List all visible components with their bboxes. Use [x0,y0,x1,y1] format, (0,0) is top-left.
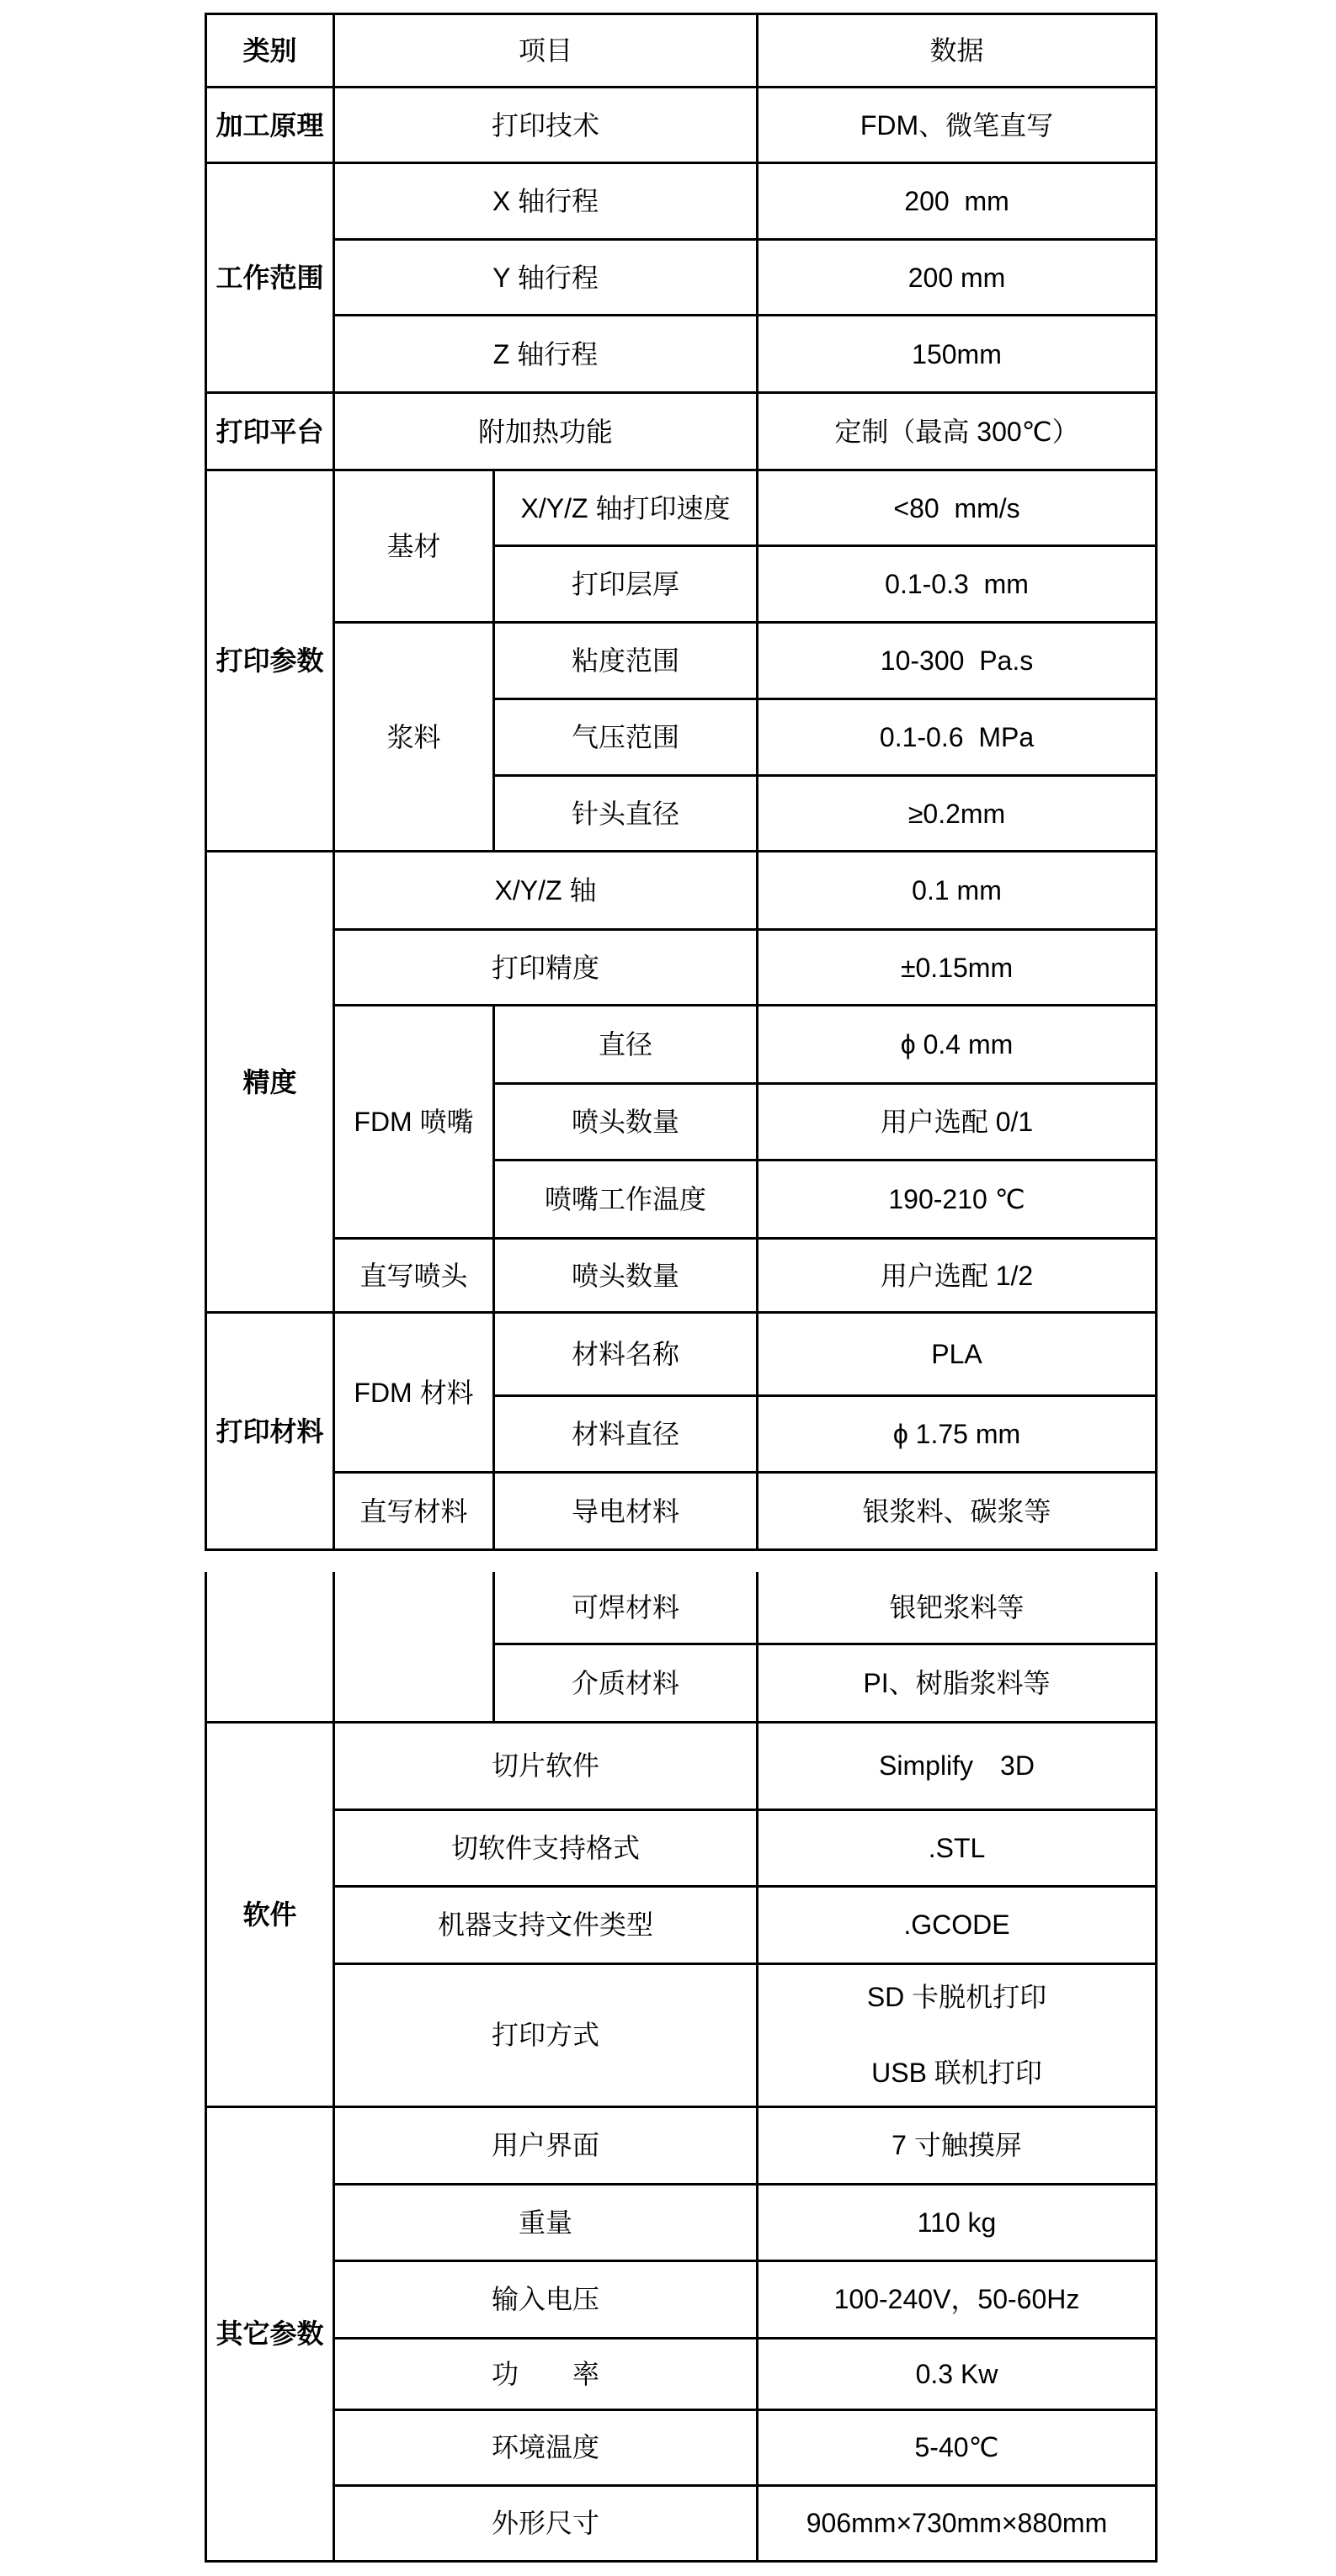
value-cell-machine-file-type: .GCODE [758,1886,1157,1963]
item-cell-xyz-print-speed: X/Y/Z 轴打印速度 [494,470,758,546]
print-mode-line-sd: SD 卡脱机打印 [867,1980,1046,2014]
value-cell-pressure-range: 0.1-0.6 MPa [758,699,1157,776]
subcategory-cell-paste: 浆料 [334,623,494,852]
value-cell-xyz-axis: 0.1 mm [758,852,1157,930]
value-cell-z-axis-travel: 150mm [758,316,1157,393]
value-cell-material-diameter: ϕ 1.75 mm [758,1396,1157,1473]
value-cell-nozzle-diameter: ϕ 0.4 mm [758,1006,1157,1084]
item-cell-material-diameter: 材料直径 [494,1396,758,1473]
item-cell-user-interface: 用户界面 [334,2106,758,2184]
item-cell-machine-file-type: 机器支持文件类型 [334,1886,758,1963]
category-cell-print-materials: 打印材料 [206,1313,334,1550]
item-cell-nozzle-count-dw: 喷头数量 [494,1239,758,1313]
value-cell-slicing-software: Simplify 3D [758,1722,1157,1809]
value-cell-power: 0.3 Kw [758,2338,1157,2409]
spec-sheet-page: 类别 项目 数据 加工原理 打印技术 FDM、微笔直写 工作范围 X 轴行程 2… [0,0,1336,2576]
value-cell-print-accuracy: ±0.15mm [758,930,1157,1006]
category-cell-print-params: 打印参数 [206,470,334,852]
item-cell-dielectric-material: 介质材料 [494,1644,758,1722]
item-cell-y-axis-travel: Y 轴行程 [334,240,758,316]
item-cell-weight: 重量 [334,2184,758,2260]
value-cell-slicer-format: .STL [758,1809,1157,1886]
header-data-cell: 数据 [758,14,1157,88]
subcategory-cell-direct-write-head: 直写喷头 [334,1239,494,1313]
value-cell-solderable-material: 银钯浆料等 [758,1572,1157,1644]
item-cell-xyz-axis: X/Y/Z 轴 [334,852,758,930]
subcategory-cell-empty [334,1572,494,1722]
value-cell-input-voltage: 100-240V，50-60Hz [758,2260,1157,2338]
item-cell-ambient-temperature: 环境温度 [334,2409,758,2485]
value-cell-xyz-print-speed: <80 mm/s [758,470,1157,546]
item-cell-slicing-software: 切片软件 [334,1722,758,1809]
value-cell-heating-function: 定制（最高 300℃） [758,393,1157,470]
value-cell-print-mode: SD 卡脱机打印USB 联机打印 [758,1963,1157,2106]
item-cell-z-axis-travel: Z 轴行程 [334,316,758,393]
item-cell-nozzle-count-fdm: 喷头数量 [494,1084,758,1161]
value-cell-print-technology: FDM、微笔直写 [758,88,1157,163]
value-cell-user-interface: 7 寸触摸屏 [758,2106,1157,2184]
value-cell-material-name: PLA [758,1313,1157,1396]
item-cell-nozzle-diameter: 直径 [494,1006,758,1084]
item-cell-layer-thickness: 打印层厚 [494,546,758,623]
spec-table-continuation: 可焊材料 银钯浆料等 介质材料 PI、树脂浆料等 软件 切片软件 Simplif… [205,1572,1158,2563]
category-cell-other-params: 其它参数 [206,2106,334,2561]
category-cell-empty [206,1572,334,1722]
item-cell-material-name: 材料名称 [494,1313,758,1396]
category-cell-processing-principle: 加工原理 [206,88,334,163]
value-cell-nozzle-count-fdm: 用户选配 0/1 [758,1084,1157,1161]
category-cell-software: 软件 [206,1722,334,2106]
spec-table-main: 类别 项目 数据 加工原理 打印技术 FDM、微笔直写 工作范围 X 轴行程 2… [205,13,1158,1551]
subcategory-cell-fdm-nozzle: FDM 喷嘴 [334,1006,494,1239]
item-cell-needle-diameter: 针头直径 [494,776,758,852]
subcategory-cell-direct-write-material: 直写材料 [334,1473,494,1550]
item-cell-heating-function: 附加热功能 [334,393,758,470]
header-item-cell: 项目 [334,14,758,88]
value-cell-nozzle-count-dw: 用户选配 1/2 [758,1239,1157,1313]
value-cell-layer-thickness: 0.1-0.3 mm [758,546,1157,623]
item-cell-nozzle-working-temp: 喷嘴工作温度 [494,1161,758,1239]
item-cell-viscosity-range: 粘度范围 [494,623,758,699]
value-cell-viscosity-range: 10-300 Pa.s [758,623,1157,699]
item-cell-dimensions: 外形尺寸 [334,2485,758,2561]
value-cell-x-axis-travel: 200 mm [758,163,1157,240]
item-cell-conductive-material: 导电材料 [494,1473,758,1550]
print-mode-line-usb: USB 联机打印 [871,2056,1042,2090]
item-cell-slicer-format: 切软件支持格式 [334,1809,758,1886]
item-cell-solderable-material: 可焊材料 [494,1572,758,1644]
item-cell-print-accuracy: 打印精度 [334,930,758,1006]
value-cell-y-axis-travel: 200 mm [758,240,1157,316]
value-cell-weight: 110 kg [758,2184,1157,2260]
value-cell-dimensions: 906mm×730mm×880mm [758,2485,1157,2561]
value-cell-ambient-temperature: 5-40℃ [758,2409,1157,2485]
category-cell-precision: 精度 [206,852,334,1313]
header-category-cell: 类别 [206,14,334,88]
item-cell-power: 功 率 [334,2338,758,2409]
value-cell-needle-diameter: ≥0.2mm [758,776,1157,852]
item-cell-x-axis-travel: X 轴行程 [334,163,758,240]
subcategory-cell-substrate: 基材 [334,470,494,623]
item-cell-input-voltage: 输入电压 [334,2260,758,2338]
value-cell-nozzle-working-temp: 190-210 ℃ [758,1161,1157,1239]
value-cell-conductive-material: 银浆料、碳浆等 [758,1473,1157,1550]
subcategory-cell-fdm-material: FDM 材料 [334,1313,494,1473]
item-cell-print-technology: 打印技术 [334,88,758,163]
category-cell-work-range: 工作范围 [206,163,334,393]
print-mode-value-stack: SD 卡脱机打印USB 联机打印 [758,1980,1155,2090]
item-cell-pressure-range: 气压范围 [494,699,758,776]
item-cell-print-mode: 打印方式 [334,1963,758,2106]
category-cell-print-platform: 打印平台 [206,393,334,470]
value-cell-dielectric-material: PI、树脂浆料等 [758,1644,1157,1722]
